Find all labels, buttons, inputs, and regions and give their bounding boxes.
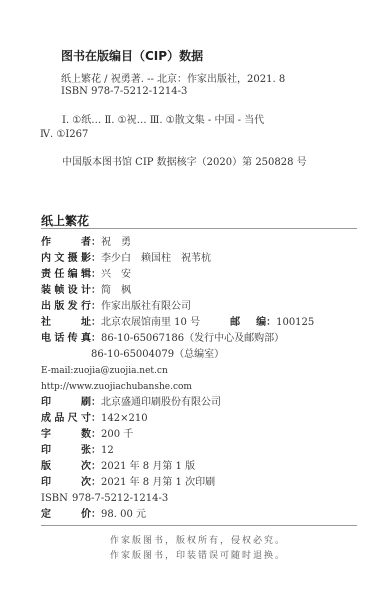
label-words: 字数: [41, 428, 91, 442]
label-design: 装帧设计: [41, 284, 91, 298]
row-website: http://www.zuojiachubanshe.com: [41, 380, 192, 394]
row-words: 字数：200 千: [41, 428, 133, 442]
label-publisher: 出版发行: [41, 300, 91, 314]
value-printing: 2021 年 8 月第 1 次印刷: [101, 477, 215, 488]
value-photography: 李少白 赖国柱 祝苇杭: [101, 253, 211, 264]
row-printer: 印刷：北京盛通印刷股份有限公司: [41, 396, 221, 410]
value-sheets: 12: [101, 445, 114, 456]
cip-citation: 纸上繁花 / 祝勇著. -- 北京：作家出版社，2021. 8: [61, 70, 285, 85]
row-sheets: 印张：12: [41, 444, 114, 458]
label-photography: 内文摄影: [41, 252, 91, 266]
label-printer: 印刷: [41, 396, 91, 410]
label-price: 定价: [41, 508, 91, 522]
value-edition: 2021 年 8 月第 1 版: [101, 461, 195, 472]
book-title: 纸上繁花: [41, 212, 89, 229]
row-edition: 版次：2021 年 8 月第 1 版: [41, 460, 195, 474]
cip-heading: 图书在版编目（CIP）数据: [61, 47, 203, 64]
value-printer: 北京盛通印刷股份有限公司: [101, 397, 221, 408]
copyright-notice: 作家版图书，版权所有，侵权必究。: [110, 533, 286, 546]
footer-divider: [41, 525, 357, 526]
cip-record-number: 中国版本图书馆 CIP 数据核字（2020）第 250828 号: [62, 153, 307, 168]
label-printing: 印次: [41, 476, 91, 490]
value-postcode: 100125: [276, 317, 314, 328]
row-printing: 印次：2021 年 8 月第 1 次印刷: [41, 476, 215, 490]
label-isbn: ISBN: [41, 492, 72, 506]
value-isbn: 978-7-5212-1214-3: [72, 493, 168, 504]
row-price: 定价：98. 00 元: [41, 508, 146, 522]
value-size: 142×210: [101, 413, 148, 424]
row-publisher: 出版发行：作家出版社有限公司: [41, 300, 191, 314]
row-photography: 内文摄影：李少白 赖国柱 祝苇杭: [41, 252, 211, 266]
value-publisher: 作家出版社有限公司: [101, 301, 191, 312]
replacement-notice: 作家版图书，印装错误可随时退换。: [110, 548, 286, 561]
value-design: 简 枫: [101, 285, 131, 296]
label-postcode: 邮编: [230, 316, 266, 330]
value-price: 98. 00 元: [101, 509, 146, 520]
value-words: 200 千: [101, 429, 133, 440]
row-phone-2: 86-10-65004079（总编室）: [91, 348, 224, 362]
row-author: 作者：祝 勇: [41, 236, 131, 250]
row-email: E-mail:zuojia@zuojia.net.cn: [41, 364, 168, 378]
value-author: 祝 勇: [101, 237, 131, 248]
label-size: 成品尺寸: [41, 412, 91, 426]
row-editor: 责任编辑：兴 安: [41, 268, 131, 282]
label-sheets: 印张: [41, 444, 91, 458]
title-divider: [41, 228, 357, 229]
label-editor: 责任编辑: [41, 268, 91, 282]
cip-classification-1: Ⅰ. ①纸… Ⅱ. ①祝… Ⅲ. ①散文集 - 中国 - 当代: [62, 111, 264, 126]
value-address: 北京农展馆南里 10 号: [101, 317, 200, 328]
label-phone: 电话传真: [41, 332, 91, 346]
row-phone: 电话传真：86-10-65067186（发行中心及邮购部）: [41, 332, 284, 346]
value-phone-2: 86-10-65004079（总编室）: [91, 349, 224, 360]
row-size: 成品尺寸：142×210: [41, 412, 148, 426]
row-address: 社址：北京农展馆南里 10 号邮编：100125: [41, 316, 314, 330]
row-isbn: ISBN978-7-5212-1214-3: [41, 492, 168, 506]
label-address: 社址: [41, 316, 91, 330]
cip-isbn: ISBN 978-7-5212-1214-3: [61, 86, 187, 97]
label-edition: 版次: [41, 460, 91, 474]
cip-classification-2: Ⅳ. ①I267: [40, 129, 88, 140]
value-editor: 兴 安: [101, 269, 131, 280]
row-design: 装帧设计：简 枫: [41, 284, 131, 298]
label-author: 作者: [41, 236, 91, 250]
value-phone-1: 86-10-65067186（发行中心及邮购部）: [101, 333, 284, 344]
